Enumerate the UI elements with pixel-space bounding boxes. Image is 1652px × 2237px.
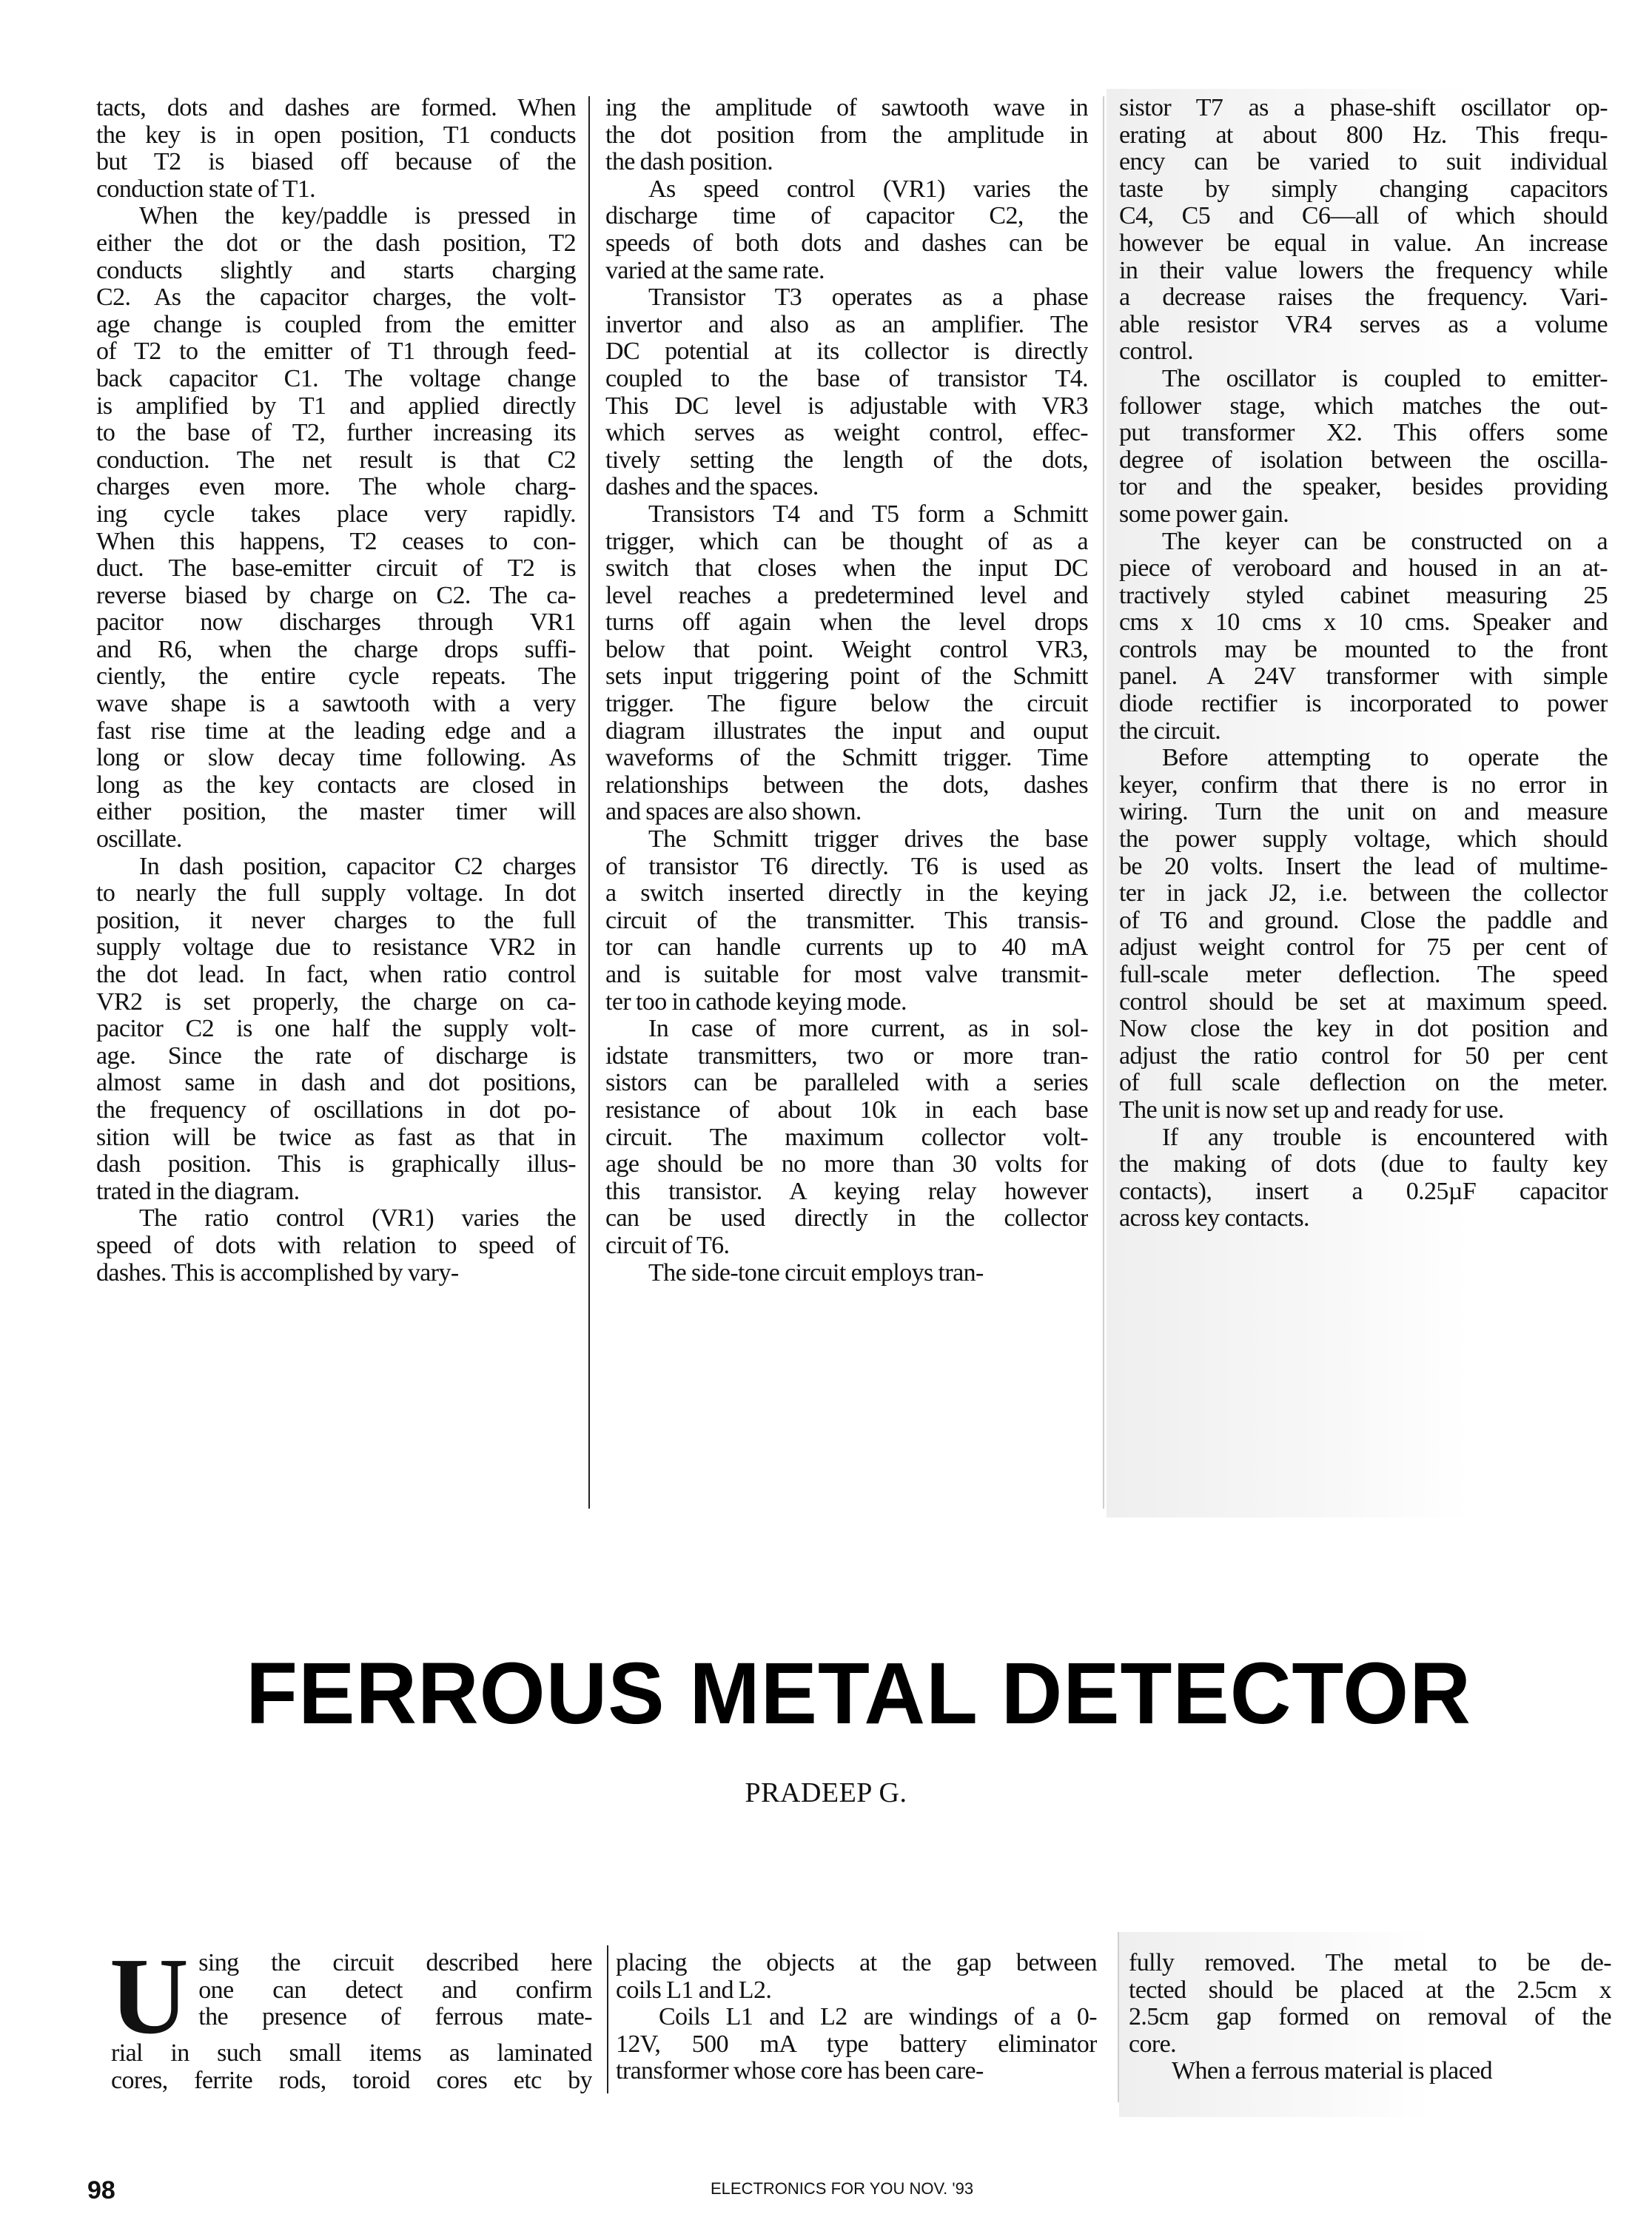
text-line: across key contacts. — [1119, 1205, 1608, 1232]
text-line: sition will be twice as fast as that in — [96, 1124, 576, 1152]
text-line: and spaces are also shown. — [605, 799, 1088, 826]
text-line: cores, ferrite rods, toroid cores etc by — [111, 2067, 592, 2095]
paragraph: rial in such small items as laminatedcor… — [111, 2040, 592, 2094]
text-line: either the dot or the dash position, T2 — [96, 230, 576, 258]
text-line: In dash position, capacitor C2 charges — [96, 853, 576, 881]
new-article-column-3: fully removed. The metal to be de-tected… — [1129, 1950, 1611, 2085]
paragraph: placing the objects at the gap betweenco… — [616, 1950, 1097, 2004]
paragraph: The side-tone circuit employs tran- — [605, 1260, 1088, 1287]
text-line: sistor T7 as a phase-shift oscillator op… — [1119, 95, 1608, 122]
text-line: invertor and also as an amplifier. The — [605, 312, 1088, 339]
text-line: The unit is now set up and ready for use… — [1119, 1097, 1608, 1124]
text-line: cms x 10 cms x 10 cms. Speaker and — [1119, 609, 1608, 637]
text-line: the making of dots (due to faulty key — [1119, 1151, 1608, 1178]
text-line: able resistor VR4 serves as a volume — [1119, 312, 1608, 339]
text-line: conducts slightly and starts charging — [96, 258, 576, 285]
text-line: contacts), insert a 0.25µF capacitor — [1119, 1178, 1608, 1206]
new-article-column-2: placing the objects at the gap betweenco… — [616, 1950, 1097, 2085]
text-line: long or slow decay time following. As — [96, 745, 576, 772]
text-line: The ratio control (VR1) varies the — [96, 1205, 576, 1232]
text-line: but T2 is biased off because of the — [96, 149, 576, 176]
text-line: ciently, the entire cycle repeats. The — [96, 663, 576, 691]
text-line: trigger. The figure below the circuit — [605, 691, 1088, 718]
text-line: piece of veroboard and housed in an at- — [1119, 555, 1608, 583]
text-line: C2. As the capacitor charges, the volt- — [96, 284, 576, 312]
text-line: of T6 and ground. Close the paddle and — [1119, 908, 1608, 935]
text-line: the presence of ferrous mate- — [198, 2004, 592, 2031]
text-line: placing the objects at the gap between — [616, 1950, 1097, 1977]
paragraph: As speed control (VR1) varies thedischar… — [605, 176, 1088, 284]
paragraph: If any trouble is encountered withthe ma… — [1119, 1124, 1608, 1232]
text-line: 12V, 500 mA type battery eliminator — [616, 2031, 1097, 2059]
text-line: 2.5cm gap formed on removal of the — [1129, 2004, 1611, 2031]
text-line: the dot position from the amplitude in — [605, 122, 1088, 150]
text-line: discharge time of capacitor C2, the — [605, 203, 1088, 230]
text-line: C4, C5 and C6—all of which should — [1119, 203, 1608, 230]
paragraph: fully removed. The metal to be de-tected… — [1129, 1950, 1611, 2058]
text-line: keyer, confirm that there is no error in — [1119, 772, 1608, 799]
text-line: circuit of T6. — [605, 1232, 1088, 1260]
text-line: level reaches a predetermined level and — [605, 583, 1088, 610]
text-line: Coils L1 and L2 are windings of a 0- — [616, 2004, 1097, 2031]
text-line: tacts, dots and dashes are formed. When — [96, 95, 576, 122]
text-line: ing the amplitude of sawtooth wave in — [605, 95, 1088, 122]
text-line: circuit of the transmitter. This transis… — [605, 908, 1088, 935]
column-divider — [607, 1945, 608, 2093]
text-line: tor and the speaker, besides providing — [1119, 474, 1608, 501]
text-line: below that point. Weight control VR3, — [605, 637, 1088, 664]
text-line: ter too in cathode keying mode. — [605, 989, 1088, 1016]
text-line: a decrease raises the frequency. Vari- — [1119, 284, 1608, 312]
text-line: adjust weight control for 75 per cent of — [1119, 934, 1608, 962]
text-line: ter in jack J2, i.e. between the collect… — [1119, 880, 1608, 908]
text-line: dash position. This is graphically illus… — [96, 1151, 576, 1178]
text-line: tractively styled cabinet measuring 25 — [1119, 583, 1608, 610]
text-line: this transistor. A keying relay however — [605, 1178, 1088, 1206]
text-line: erating at about 800 Hz. This frequ- — [1119, 122, 1608, 150]
column-divider — [588, 96, 590, 1509]
text-line: almost same in dash and dot positions, — [96, 1070, 576, 1097]
text-line: the dash position. — [605, 149, 1088, 176]
text-line: turns off again when the level drops — [605, 609, 1088, 637]
text-line: sets input triggering point of the Schmi… — [605, 663, 1088, 691]
text-line: coupled to the base of transistor T4. — [605, 366, 1088, 393]
text-line: This DC level is adjustable with VR3 — [605, 393, 1088, 420]
text-line: dashes and the spaces. — [605, 474, 1088, 501]
text-line: ency can be varied to suit individual — [1119, 149, 1608, 176]
text-line: position, it never charges to the full — [96, 908, 576, 935]
text-line: to nearly the full supply voltage. In do… — [96, 880, 576, 908]
text-line: waveforms of the Schmitt trigger. Time — [605, 745, 1088, 772]
text-line: and R6, when the charge drops suffi- — [96, 637, 576, 664]
text-line: ing cycle takes place very rapidly. — [96, 501, 576, 529]
text-line: sistors can be paralleled with a series — [605, 1070, 1088, 1097]
paragraph: When the key/paddle is pressed ineither … — [96, 203, 576, 853]
text-line: idstate transmitters, two or more tran- — [605, 1043, 1088, 1070]
paragraph: sistor T7 as a phase-shift oscillator op… — [1119, 95, 1608, 366]
text-line: DC potential at its collector is directl… — [605, 338, 1088, 366]
text-line: oscillate. — [96, 826, 576, 853]
text-line: follower stage, which matches the out- — [1119, 393, 1608, 420]
page-number: 98 — [87, 2176, 115, 2205]
text-line: and is suitable for most valve transmit- — [605, 962, 1088, 989]
text-line: Before attempting to operate the — [1119, 745, 1608, 772]
text-line: age. Since the rate of discharge is — [96, 1043, 576, 1070]
text-line: controls may be mounted to the front — [1119, 637, 1608, 664]
text-line: speeds of both dots and dashes can be — [605, 230, 1088, 258]
text-line: of full scale deflection on the meter. — [1119, 1070, 1608, 1097]
paragraph: Transistors T4 and T5 form a Schmitttrig… — [605, 501, 1088, 826]
text-line: The side-tone circuit employs tran- — [605, 1260, 1088, 1287]
drop-cap: U — [110, 1953, 188, 2040]
article-title: FERROUS METAL DETECTOR — [226, 1649, 1490, 1738]
text-line: to the base of T2, further increasing it… — [96, 420, 576, 447]
text-line: the frequency of oscillations in dot po- — [96, 1097, 576, 1124]
column-divider — [1118, 1932, 1119, 2102]
text-line: sing the circuit described here — [198, 1950, 592, 1977]
text-line: trated in the diagram. — [96, 1178, 576, 1206]
text-line: The oscillator is coupled to emitter- — [1119, 366, 1608, 393]
article-column-3: sistor T7 as a phase-shift oscillator op… — [1119, 95, 1608, 1232]
text-line: the dot lead. In fact, when ratio contro… — [96, 962, 576, 989]
text-line: the power supply voltage, which should — [1119, 826, 1608, 853]
article-column-2: ing the amplitude of sawtooth wave inthe… — [605, 95, 1088, 1287]
column-divider — [1103, 96, 1104, 1509]
text-line: in their value lowers the frequency whil… — [1119, 258, 1608, 285]
text-line: the circuit. — [1119, 718, 1608, 745]
text-line: taste by simply changing capacitors — [1119, 176, 1608, 204]
text-line: core. — [1129, 2031, 1611, 2059]
text-line: wave shape is a sawtooth with a very — [96, 691, 576, 718]
text-line: age change is coupled from the emitter — [96, 312, 576, 339]
text-line: switch that closes when the input DC — [605, 555, 1088, 583]
article-column-1: tacts, dots and dashes are formed. Whent… — [96, 95, 576, 1287]
text-line: When this happens, T2 ceases to con- — [96, 529, 576, 556]
text-line: Now close the key in dot position and — [1119, 1016, 1608, 1043]
article-author: PRADEEP G. — [0, 1777, 1652, 1809]
text-line: however be equal in value. An increase — [1119, 230, 1608, 258]
text-line: supply voltage due to resistance VR2 in — [96, 934, 576, 962]
new-article-column-1: U sing the circuit described hereone can… — [111, 1950, 592, 2094]
text-line: trigger, which can be thought of as a — [605, 529, 1088, 556]
text-line: either position, the master timer will — [96, 799, 576, 826]
text-line: The Schmitt trigger drives the base — [605, 826, 1088, 853]
text-line: pacitor C2 is one half the supply volt- — [96, 1016, 576, 1043]
text-line: The keyer can be constructed on a — [1119, 529, 1608, 556]
text-line: can be used directly in the collector — [605, 1205, 1088, 1232]
text-line: be 20 volts. Insert the lead of multime- — [1119, 853, 1608, 881]
text-line: is amplified by T1 and applied directly — [96, 393, 576, 420]
text-line: panel. A 24V transformer with simple — [1119, 663, 1608, 691]
text-line: a switch inserted directly in the keying — [605, 880, 1088, 908]
text-line: one can detect and confirm — [198, 1977, 592, 2005]
paragraph: ing the amplitude of sawtooth wave inthe… — [605, 95, 1088, 176]
text-line: diode rectifier is incorporated to power — [1119, 691, 1608, 718]
paragraph: When a ferrous material is placed — [1129, 2058, 1611, 2085]
paragraph: The ratio control (VR1) varies thespeed … — [96, 1205, 576, 1287]
paragraph: The keyer can be constructed on apiece o… — [1119, 529, 1608, 745]
publication-footer: ELECTRONICS FOR YOU NOV. '93 — [711, 2179, 973, 2199]
text-line: duct. The base-emitter circuit of T2 is — [96, 555, 576, 583]
text-line: Transistors T4 and T5 form a Schmitt — [605, 501, 1088, 529]
text-line: long as the key contacts are closed in — [96, 772, 576, 799]
text-line: the key is in open position, T1 conducts — [96, 122, 576, 150]
text-line: conduction. The net result is that C2 — [96, 447, 576, 474]
text-line: tor can handle currents up to 40 mA — [605, 934, 1088, 962]
paragraph: Coils L1 and L2 are windings of a 0-12V,… — [616, 2004, 1097, 2085]
text-line: fast rise time at the leading edge and a — [96, 718, 576, 745]
text-line: varied at the same rate. — [605, 258, 1088, 285]
text-line: control. — [1119, 338, 1608, 366]
text-line: full-scale meter deflection. The speed — [1119, 962, 1608, 989]
text-line: diagram illustrates the input and ouput — [605, 718, 1088, 745]
paragraph: tacts, dots and dashes are formed. Whent… — [96, 95, 576, 203]
text-line: control should be set at maximum speed. — [1119, 989, 1608, 1016]
text-line: some power gain. — [1119, 501, 1608, 529]
paragraph: In case of more current, as in sol-idsta… — [605, 1016, 1088, 1259]
text-line: rial in such small items as laminated — [111, 2040, 592, 2067]
text-line: relationships between the dots, dashes — [605, 772, 1088, 799]
text-line: In case of more current, as in sol- — [605, 1016, 1088, 1043]
text-line: of T2 to the emitter of T1 through feed- — [96, 338, 576, 366]
text-line: wiring. Turn the unit on and measure — [1119, 799, 1608, 826]
paragraph: Transistor T3 operates as a phaseinverto… — [605, 284, 1088, 501]
text-line: put transformer X2. This offers some — [1119, 420, 1608, 447]
text-line: conduction state of T1. — [96, 176, 576, 204]
text-line: dashes. This is accomplished by vary- — [96, 1260, 576, 1287]
text-line: reverse biased by charge on C2. The ca- — [96, 583, 576, 610]
text-line: charges even more. The whole charg- — [96, 474, 576, 501]
text-line: As speed control (VR1) varies the — [605, 176, 1088, 204]
text-line: degree of isolation between the oscilla- — [1119, 447, 1608, 474]
paragraph: Before attempting to operate thekeyer, c… — [1119, 745, 1608, 1124]
text-line: back capacitor C1. The voltage change — [96, 366, 576, 393]
text-line: speed of dots with relation to speed of — [96, 1232, 576, 1260]
text-line: age should be no more than 30 volts for — [605, 1151, 1088, 1178]
text-line: resistance of about 10k in each base — [605, 1097, 1088, 1124]
text-line: pacitor now discharges through VR1 — [96, 609, 576, 637]
text-line: adjust the ratio control for 50 per cent — [1119, 1043, 1608, 1070]
paragraph: The oscillator is coupled to emitter-fol… — [1119, 366, 1608, 529]
text-line: tected should be placed at the 2.5cm x — [1129, 1977, 1611, 2005]
text-line: fully removed. The metal to be de- — [1129, 1950, 1611, 1977]
text-line: Transistor T3 operates as a phase — [605, 284, 1088, 312]
text-line: circuit. The maximum collector volt- — [605, 1124, 1088, 1152]
paragraph: The Schmitt trigger drives the baseof tr… — [605, 826, 1088, 1016]
text-line: which serves as weight control, effec- — [605, 420, 1088, 447]
paragraph: In dash position, capacitor C2 chargesto… — [96, 853, 576, 1206]
text-line: If any trouble is encountered with — [1119, 1124, 1608, 1152]
text-line: coils L1 and L2. — [616, 1977, 1097, 2005]
text-line: transformer whose core has been care- — [616, 2058, 1097, 2085]
text-line: of transistor T6 directly. T6 is used as — [605, 853, 1088, 881]
text-line: When a ferrous material is placed — [1129, 2058, 1611, 2085]
text-line: VR2 is set properly, the charge on ca- — [96, 989, 576, 1016]
text-line: When the key/paddle is pressed in — [96, 203, 576, 230]
text-line: tively setting the length of the dots, — [605, 447, 1088, 474]
